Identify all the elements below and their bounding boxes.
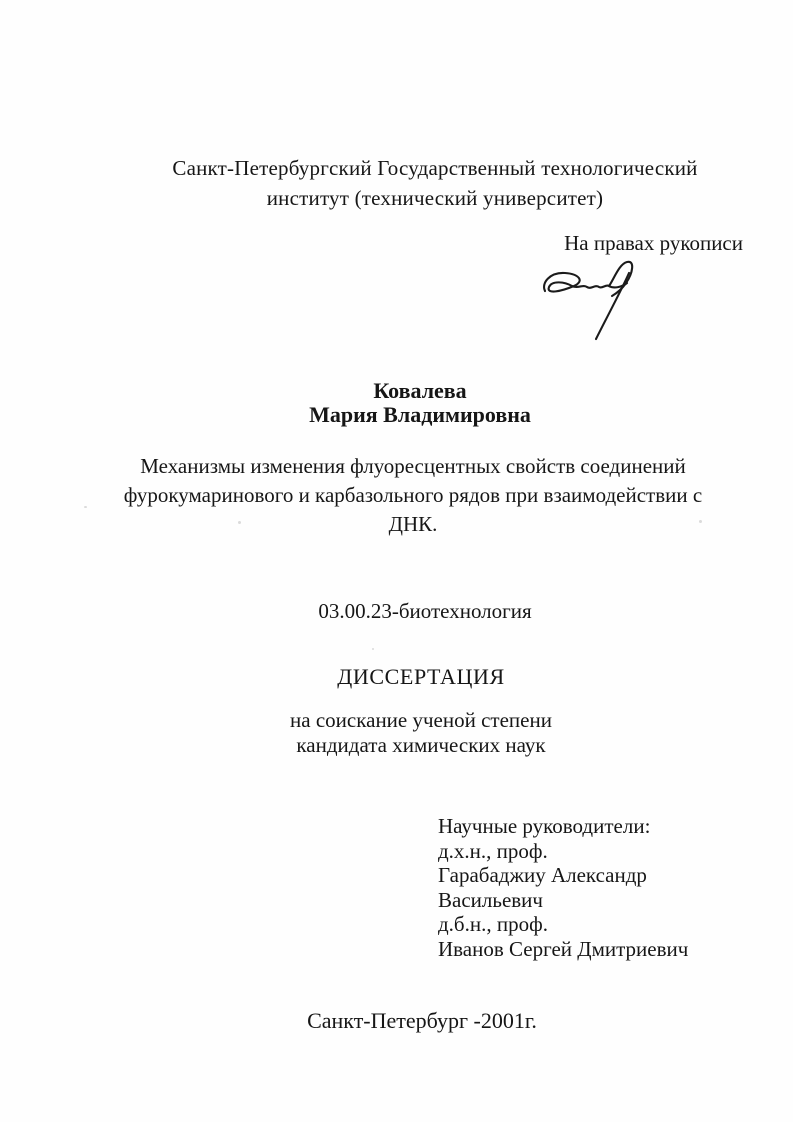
title-line-1: Механизмы изменения флуоресцентных свойс…	[63, 452, 763, 481]
scan-speck	[372, 648, 374, 650]
specialty-code: 03.00.23-биотехнология	[170, 599, 680, 624]
scan-speck	[238, 521, 241, 524]
scan-speck	[699, 520, 702, 523]
degree-line-2: кандидата химических наук	[171, 733, 671, 758]
author-given-names: Мария Владимировна	[120, 403, 720, 427]
degree-line-1: на соискание ученой степени	[171, 708, 671, 733]
supervisor-name-1b: Васильевич	[438, 888, 758, 913]
author-name: Ковалева Мария Владимировна	[120, 379, 720, 427]
handwritten-signature-icon	[538, 253, 658, 343]
degree-statement: на соискание ученой степени кандидата хи…	[171, 708, 671, 758]
supervisors-block: Научные руководители: д.х.н., проф. Гара…	[438, 814, 758, 962]
institution-name: Санкт-Петербургский Государственный техн…	[85, 153, 785, 213]
city-and-year: Санкт-Петербург -2001г.	[172, 1008, 672, 1034]
author-surname: Ковалева	[120, 379, 720, 403]
document-type-heading: ДИССЕРТАЦИЯ	[170, 664, 672, 690]
supervisor-degree-2: д.б.н., проф.	[438, 912, 758, 937]
supervisor-degree-1: д.х.н., проф.	[438, 839, 758, 864]
dissertation-title: Механизмы изменения флуоресцентных свойс…	[63, 452, 763, 539]
supervisor-name-2: Иванов Сергей Дмитриевич	[438, 937, 758, 962]
title-line-2: фурокумаринового и карбазольного рядов п…	[63, 481, 763, 510]
scan-speck	[84, 506, 87, 508]
institution-line-2: институт (технический университет)	[85, 183, 785, 213]
dissertation-title-page: Санкт-Петербургский Государственный техн…	[0, 0, 793, 1122]
supervisor-name-1a: Гарабаджиу Александр	[438, 863, 758, 888]
title-line-3: ДНК.	[63, 510, 763, 539]
institution-line-1: Санкт-Петербургский Государственный техн…	[85, 153, 785, 183]
supervisors-heading: Научные руководители:	[438, 814, 758, 839]
